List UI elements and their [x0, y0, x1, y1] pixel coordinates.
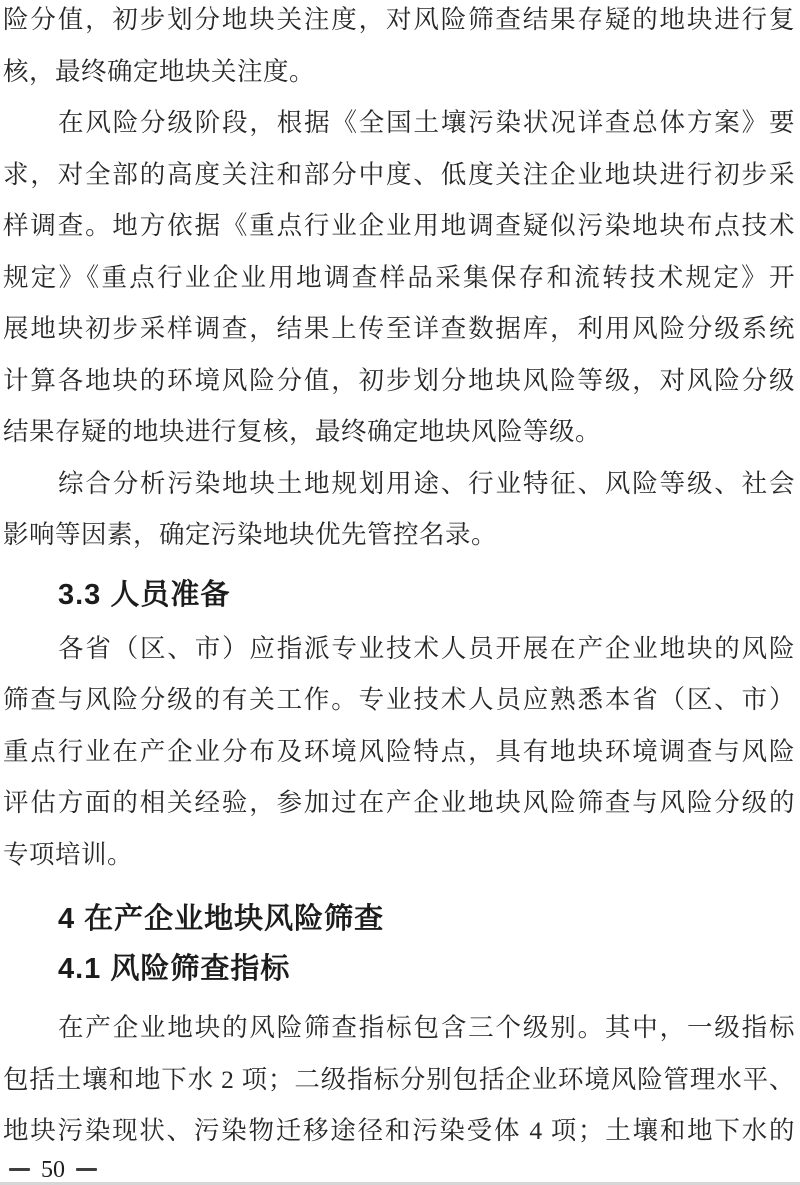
text-line: 计算各地块的环境风险分值，初步划分地块风险等级，对风险分级 — [3, 355, 795, 407]
text-line: 展地块初步采样调查，结果上传至详查数据库，利用风险分级系统 — [3, 303, 795, 355]
text-line: 地块污染现状、污染物迁移途径和污染受体 4 项；土壤和地下水的 — [3, 1105, 795, 1157]
text-line: 在风险分级阶段，根据《全国土壤污染状况详查总体方案》要 — [3, 97, 795, 149]
text-line: 影响等因素，确定污染地块优先管控名录。 — [3, 509, 795, 561]
text-line: 在产企业地块的风险筛查指标包含三个级别。其中，一级指标 — [3, 1002, 795, 1054]
paragraph: 在风险分级阶段，根据《全国土壤污染状况详查总体方案》要 求，对全部的高度关注和部… — [3, 97, 795, 458]
paragraph: 险分值，初步划分地块关注度，对风险筛查结果存疑的地块进行复 核，最终确定地块关注… — [3, 0, 795, 97]
chapter-heading-4: 4 在产企业地块风险筛查 — [3, 894, 795, 944]
page-footer: 50 — [3, 1157, 795, 1183]
text-line: 险分值，初步划分地块关注度，对风险筛查结果存疑的地块进行复 — [3, 0, 795, 46]
page-number: 50 — [41, 1157, 65, 1183]
paragraph: 综合分析污染地块土地规划用途、行业特征、风险等级、社会 影响等因素，确定污染地块… — [3, 458, 795, 561]
section-heading-3-3: 3.3 人员准备 — [3, 570, 795, 620]
paragraph: 各省（区、市）应指派专业技术人员开展在产企业地块的风险 筛查与风险分级的有关工作… — [3, 623, 795, 881]
text-line: 包括土壤和地下水 2 项；二级指标分别包括企业环境风险管理水平、 — [3, 1054, 795, 1106]
text-line: 结果存疑的地块进行复核，最终确定地块风险等级。 — [3, 406, 795, 458]
text-line: 求，对全部的高度关注和部分中度、低度关注企业地块进行初步采 — [3, 149, 795, 201]
text-line: 综合分析污染地块土地规划用途、行业特征、风险等级、社会 — [3, 458, 795, 510]
footer-dash-left-icon — [9, 1168, 30, 1171]
text-line: 样调查。地方依据《重点行业企业用地调查疑似污染地块布点技术 — [3, 200, 795, 252]
document-page: 险分值，初步划分地块关注度，对风险筛查结果存疑的地块进行复 核，最终确定地块关注… — [0, 0, 800, 1185]
text-line: 筛查与风险分级的有关工作。专业技术人员应熟悉本省（区、市） — [3, 674, 795, 726]
document-body: 险分值，初步划分地块关注度，对风险筛查结果存疑的地块进行复 核，最终确定地块关注… — [0, 0, 800, 1183]
paragraph: 在产企业地块的风险筛查指标包含三个级别。其中，一级指标 包括土壤和地下水 2 项… — [3, 1002, 795, 1157]
text-line: 专项培训。 — [3, 829, 795, 881]
footer-dash-right-icon — [76, 1168, 97, 1171]
text-line: 规定》《重点行业企业用地调查样品采集保存和流转技术规定》开 — [3, 252, 795, 304]
text-line: 各省（区、市）应指派专业技术人员开展在产企业地块的风险 — [3, 623, 795, 675]
text-line: 核，最终确定地块关注度。 — [3, 46, 795, 98]
section-heading-4-1: 4.1 风险筛查指标 — [3, 944, 795, 994]
text-line: 重点行业在产企业分布及环境风险特点，具有地块环境调查与风险 — [3, 726, 795, 778]
text-line: 评估方面的相关经验，参加过在产企业地块风险筛查与风险分级的 — [3, 777, 795, 829]
